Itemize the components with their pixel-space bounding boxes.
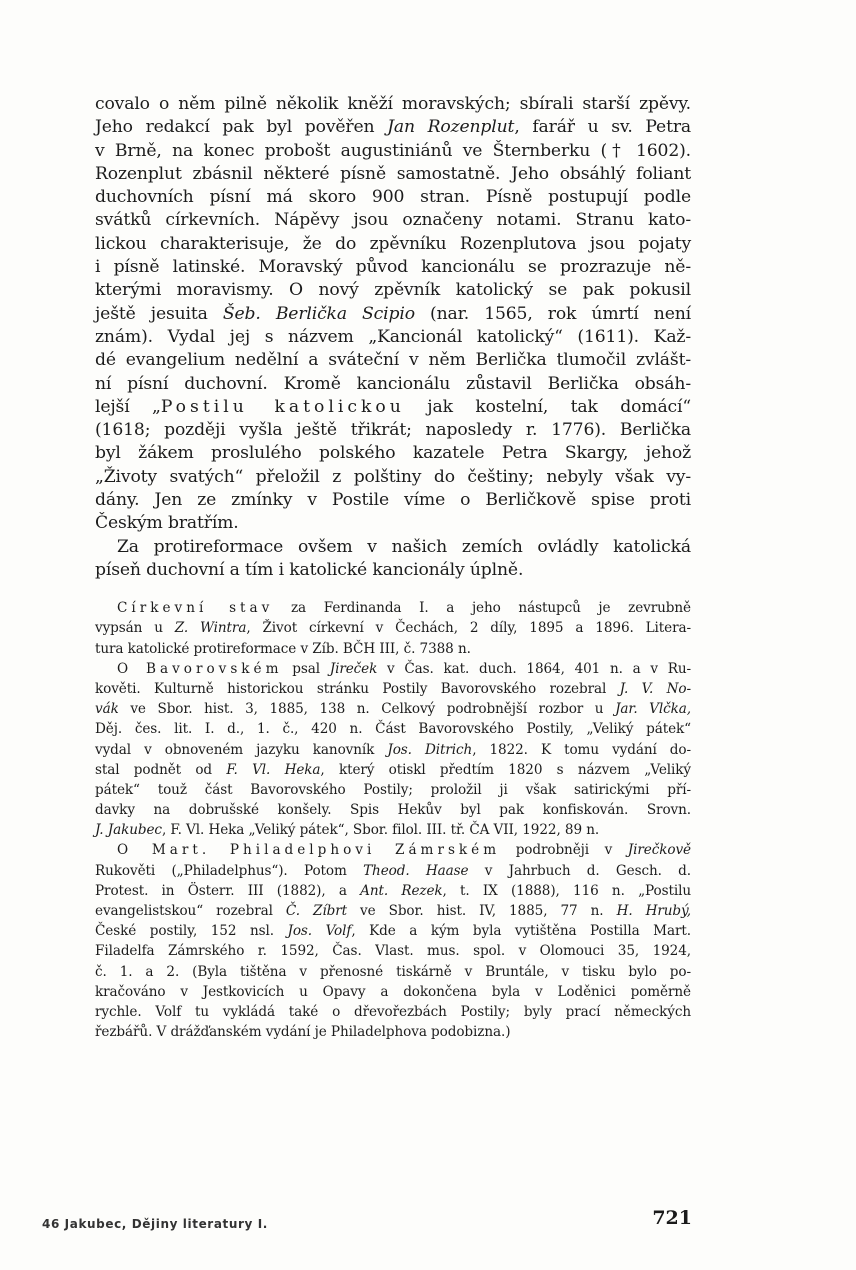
text-line: Českým bratřím. xyxy=(95,512,691,535)
footnote-line: tura katolické protireformace v Zíb. BČH… xyxy=(95,639,691,659)
text-line: ještě jesuita Šeb. Berlička Scipio (nar.… xyxy=(95,303,691,326)
text-line: lickou charakterisuje, že do zpěvníku Ro… xyxy=(95,233,691,256)
footnote-line: Církevní stav za Ferdinanda I. a jeho ná… xyxy=(95,598,691,618)
footnote-line: Rukověti („Philadelphus“). Potom Theod. … xyxy=(95,861,691,881)
main-text: covalo o něm pilně několik kněží moravsk… xyxy=(95,93,691,582)
footnote-line: O Bavorovském psal Jireček v Čas. kat. d… xyxy=(95,659,691,679)
printer-signature: 46 Jakubec, Dějiny literatury I. xyxy=(42,1217,268,1231)
footnote-line: č. 1. a 2. (Byla tištěna v přenosné tisk… xyxy=(95,962,691,982)
footnote-line: vák ve Sbor. hist. 3, 1885, 138 n. Celko… xyxy=(95,699,691,719)
text-line: kterými moravismy. O nový zpěvník katoli… xyxy=(95,279,691,302)
text-line: v Brně, na konec probošt augustiniánů ve… xyxy=(95,140,691,163)
text-line: byl žákem proslulého polského kazatele P… xyxy=(95,442,691,465)
text-line: dány. Jen ze zmínky v Postile víme o Ber… xyxy=(95,489,691,512)
page-number: 721 xyxy=(652,1207,692,1229)
text-line: duchovních písní má skoro 900 stran. Pís… xyxy=(95,186,691,209)
footnote-line: evangelistskou“ rozebral Č. Zíbrt ve Sbo… xyxy=(95,901,691,921)
footnote-line: vydal v obnoveném jazyku kanovník Jos. D… xyxy=(95,740,691,760)
footnote-line: vypsán u Z. Wintra, Život církevní v Čec… xyxy=(95,618,691,638)
book-page: covalo o něm pilně několik kněží moravsk… xyxy=(95,93,691,1042)
text-line: „Životy svatých“ přeložil z polštiny do … xyxy=(95,466,691,489)
text-line: i písně latinské. Moravský původ kancion… xyxy=(95,256,691,279)
footnote-line: kověti. Kulturně historickou stránku Pos… xyxy=(95,679,691,699)
footnote-line: J. Jakubec, F. Vl. Heka „Veliký pátek“, … xyxy=(95,820,691,840)
text-line: (1618; později vyšla ještě třikrát; napo… xyxy=(95,419,691,442)
text-line: píseň duchovní a tím i katolické kancion… xyxy=(95,559,691,582)
text-line: dé evangelium nedělní a sváteční v něm B… xyxy=(95,349,691,372)
text-line: Rozenplut zbásnil některé písně samostat… xyxy=(95,163,691,186)
footnotes: Církevní stav za Ferdinanda I. a jeho ná… xyxy=(95,598,691,1042)
footnote-line: řezbářů. V drážďanském vydání je Philade… xyxy=(95,1022,691,1042)
text-line: lejší „Postilu katolickou jak kostelní, … xyxy=(95,396,691,419)
text-line: covalo o něm pilně několik kněží moravsk… xyxy=(95,93,691,116)
text-line: ní písní duchovní. Kromě kancionálu zůst… xyxy=(95,373,691,396)
text-line: Jeho redakcí pak byl pověřen Jan Rozenpl… xyxy=(95,116,691,139)
footnote-line: davky na dobrušské konšely. Spis Hekův b… xyxy=(95,800,691,820)
footnote-line: O Mart. Philadelphovi Zámrském podrobněj… xyxy=(95,840,691,860)
text-line: svátků církevních. Nápěvy jsou označeny … xyxy=(95,209,691,232)
footnote-line: rychle. Volf tu vykládá také o dřevořezb… xyxy=(95,1002,691,1022)
footnote-line: kračováno v Jestkovicích u Opavy a dokon… xyxy=(95,982,691,1002)
footnote-line: stal podnět od F. Vl. Heka, který otiskl… xyxy=(95,760,691,780)
text-line: znám). Vydal jej s názvem „Kancionál kat… xyxy=(95,326,691,349)
page-footer: 46 Jakubec, Dějiny literatury I. 721 xyxy=(42,1213,692,1232)
text-line: Za protireformace ovšem v našich zemích … xyxy=(95,536,691,559)
footnote-line: Protest. in Österr. III (1882), a Ant. R… xyxy=(95,881,691,901)
footnote-line: České postily, 152 nsl. Jos. Volf, Kde a… xyxy=(95,921,691,941)
footnote-line: pátek“ touž část Bavorovského Postily; p… xyxy=(95,780,691,800)
footnote-line: Filadelfa Zámrského r. 1592, Čas. Vlast.… xyxy=(95,941,691,961)
footnote-line: Děj. čes. lit. I. d., 1. č., 420 n. Část… xyxy=(95,719,691,739)
